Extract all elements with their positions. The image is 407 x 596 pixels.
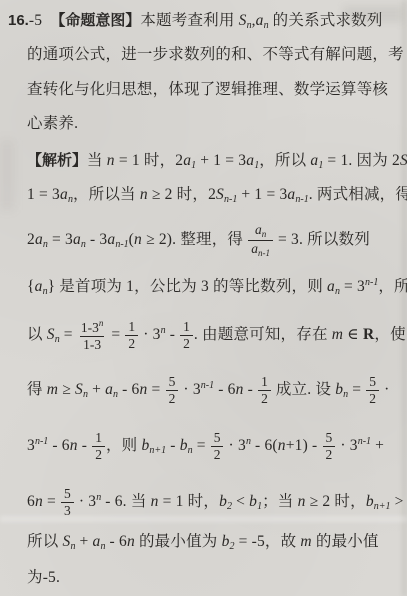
math-variable: S	[47, 326, 55, 343]
math-variable: a	[105, 381, 113, 398]
superscript: n-1	[358, 436, 371, 447]
solution-line-10: 得 m ≥ Sn + an - 6n = 52 · 3n-1 - 6n - 12…	[27, 368, 389, 413]
fraction: 52	[166, 374, 179, 407]
text-run: 5	[214, 430, 221, 445]
text-run: ，所以	[259, 152, 310, 169]
text-run: 2	[128, 336, 135, 351]
text-run: +	[88, 381, 105, 398]
bold-label: 【命题意图】	[50, 12, 140, 29]
text-run: + 1 = 3	[196, 152, 246, 169]
text-run: 心素养.	[27, 115, 78, 132]
math-variable: b	[249, 493, 257, 510]
bold-label: 16.	[8, 12, 29, 29]
fraction-denominator: 2	[258, 390, 271, 407]
math-variable: b	[219, 493, 227, 510]
math-variable: b	[222, 533, 230, 550]
math-variable: m	[300, 533, 311, 550]
text-run: 的最小值为	[135, 533, 222, 550]
subscript: n-1	[295, 194, 308, 205]
solution-line-14: 为-5.	[27, 566, 60, 590]
text-run: 所以	[27, 533, 62, 550]
text-run: =	[193, 437, 210, 454]
text-run: - 6	[214, 381, 235, 398]
fraction: 52	[366, 374, 379, 407]
text-run: 1	[183, 319, 190, 334]
math-variable: b	[180, 437, 188, 454]
text-run: 1	[128, 319, 135, 334]
text-run: ≥ 2). 整理，得	[142, 231, 247, 248]
text-run: 得	[27, 381, 47, 398]
text-run: + 1 = 3	[237, 186, 287, 203]
math-variable: m	[47, 381, 58, 398]
text-run: ；当	[262, 493, 297, 510]
text-run: 的最小值	[312, 533, 379, 550]
text-run: 当	[87, 152, 107, 169]
superscript: n	[99, 318, 104, 328]
text-run: 5	[369, 374, 376, 389]
text-run: = 3	[340, 278, 365, 295]
text-run: - 6	[118, 381, 139, 398]
solution-line-1: 16.-5 【命题意图】本题考查利用 Sn,an 的关系式求数列	[8, 9, 383, 38]
scanned-solution-page: 16.-5 【命题意图】本题考查利用 Sn,an 的关系式求数列的通项公式，进一…	[0, 0, 407, 596]
text-run: -5	[29, 12, 50, 29]
fraction-numerator: 1	[125, 319, 138, 335]
text-run: 2	[326, 447, 333, 462]
text-run: - 6. 当	[101, 493, 150, 510]
text-run: = 3	[48, 231, 73, 248]
text-run: -	[166, 437, 180, 454]
text-run: - 3	[86, 231, 107, 248]
fraction-denominator: 1-3	[80, 336, 104, 353]
text-run: -	[78, 437, 92, 454]
math-variable: a	[35, 231, 43, 248]
solution-line-9: 以 Sn = 1-3n1-3 = 12 · 3n - 12. 由题意可知，存在 …	[27, 313, 406, 358]
fraction-denominator: 2	[323, 446, 336, 463]
subscript: n+1	[374, 501, 391, 512]
text-run: = 3. 所以数列	[274, 231, 370, 248]
math-variable: S	[239, 12, 247, 29]
text-run: · 3	[224, 437, 245, 454]
text-run: · 3	[75, 493, 96, 510]
math-variable: a	[251, 241, 258, 256]
text-run: · 3	[336, 437, 357, 454]
solution-line-13: 所以 Sn + an - 6n 的最小值为 b2 = -5，故 m 的最小值	[27, 530, 379, 559]
solution-line-11: 3n-1 - 6n - 12，则 bn+1 - bn = 52 · 3n - 6…	[27, 424, 384, 469]
text-run: 2	[27, 231, 35, 248]
fraction-denominator: 3	[61, 502, 74, 519]
math-variable: S	[216, 186, 224, 203]
math-variable: a	[327, 278, 335, 295]
math-variable: n	[236, 381, 244, 398]
text-run: =	[348, 381, 365, 398]
superscript: n-1	[201, 380, 214, 391]
text-run: 3	[27, 437, 35, 454]
fraction-numerator: 1	[180, 319, 193, 335]
fraction-denominator: 2	[180, 335, 193, 352]
fraction-numerator: 1	[92, 430, 105, 446]
math-variable: a	[256, 12, 264, 29]
text-run: 2	[169, 391, 176, 406]
solution-line-7: 2an = 3an - 3an-1(n ≥ 2). 整理，得 anan-1 = …	[27, 222, 370, 263]
math-variable: n	[140, 186, 148, 203]
fraction: 53	[61, 486, 74, 519]
fraction-numerator: an	[252, 222, 269, 240]
solution-line-12: 6n = 53 · 3n - 6. 当 n = 1 时，b2 < b1；当 n …	[27, 480, 407, 525]
math-variable: a	[60, 186, 68, 203]
solution-line-4: 心素养.	[27, 112, 78, 136]
solution-line-8: {an} 是首项为 1，公比为 3 的等比数列，则 an = 3n-1，所	[27, 271, 407, 304]
math-variable: b	[335, 381, 343, 398]
text-run: ，所以当	[73, 186, 140, 203]
text-run: 1	[95, 430, 102, 445]
text-run: ，则	[106, 437, 141, 454]
fraction-numerator: 1	[258, 374, 271, 390]
fraction-denominator: 2	[125, 335, 138, 352]
math-variable: n	[127, 533, 135, 550]
text-run: ≥ 2 时，	[306, 493, 366, 510]
text-run: +	[75, 533, 92, 550]
text-run: = 1 时，2	[115, 152, 183, 169]
text-run: · 3	[139, 326, 160, 343]
text-run: - 6	[48, 437, 69, 454]
math-variable: n	[298, 493, 306, 510]
superscript: n-1	[35, 436, 48, 447]
fraction: anan-1	[248, 222, 273, 259]
math-variable: a	[183, 152, 191, 169]
fraction: 12	[258, 374, 271, 407]
solution-line-2: 的通项公式，进一步求数列的和、不等式有解问题，考	[27, 43, 404, 67]
fraction: 52	[323, 430, 336, 463]
fraction-denominator: 2	[211, 446, 224, 463]
text-run: ，所	[378, 278, 407, 295]
text-run: 2	[369, 391, 376, 406]
text-run: -	[166, 326, 180, 343]
fraction-denominator: 2	[366, 390, 379, 407]
fraction-numerator: 5	[211, 430, 224, 446]
text-run: >	[391, 493, 407, 510]
text-run: 本题考查利用	[140, 12, 238, 29]
text-run: 5	[64, 486, 71, 501]
bold-math-set: R	[363, 326, 374, 343]
text-run: =	[147, 381, 164, 398]
fraction: 52	[211, 430, 224, 463]
text-run: 为-5.	[27, 569, 60, 586]
text-run: -	[244, 381, 258, 398]
subscript: n-1	[115, 239, 128, 250]
fraction-numerator: 1-3n	[78, 318, 107, 336]
text-run: 成立. 设	[272, 381, 335, 398]
text-run: 1-3	[81, 320, 99, 335]
fraction-numerator: 5	[366, 374, 379, 390]
fraction-denominator: 2	[166, 390, 179, 407]
math-variable: a	[255, 222, 262, 237]
math-variable: n	[70, 437, 78, 454]
math-variable: S	[75, 381, 83, 398]
fraction: 12	[125, 319, 138, 352]
text-run: 3	[64, 503, 71, 518]
math-variable: n	[151, 493, 159, 510]
text-run: ≥	[58, 381, 75, 398]
math-variable: n	[107, 152, 115, 169]
text-run: {	[27, 278, 35, 295]
solution-line-5: 【解析】当 n = 1 时，2a1 + 1 = 3a1，所以 a1 = 1. 因…	[27, 149, 407, 178]
fraction-numerator: 5	[323, 430, 336, 446]
text-run: } 是首项为 1，公比为 3 的等比数列，则	[48, 278, 327, 295]
text-run: . 两式相减，得	[309, 186, 407, 203]
scan-artifact-left	[0, 140, 14, 210]
text-run: 6	[27, 493, 35, 510]
fraction-denominator: an-1	[248, 240, 273, 259]
math-variable: b	[366, 493, 374, 510]
bold-label: 【解析】	[27, 152, 87, 169]
solution-line-3: 查转化与化归思想，体现了逻辑推理、数学运算等核	[27, 78, 388, 102]
text-run: =	[60, 326, 77, 343]
text-run: = 1 时，	[159, 493, 220, 510]
text-run: = -5，故	[235, 533, 301, 550]
text-run: 2	[183, 336, 190, 351]
math-variable: a	[73, 231, 81, 248]
text-run: 1	[261, 374, 268, 389]
math-variable: m	[332, 326, 343, 343]
text-run: =	[43, 493, 60, 510]
fraction: 1-3n1-3	[78, 318, 107, 353]
text-run: 5	[326, 430, 333, 445]
text-run: =	[107, 326, 124, 343]
text-run: 2	[261, 391, 268, 406]
text-run: ·	[380, 381, 389, 398]
subscript: n-1	[224, 194, 237, 205]
solution-line-6: 1 = 3an，所以当 n ≥ 2 时，2Sn-1 + 1 = 3an-1. 两…	[27, 183, 407, 212]
math-variable: n	[278, 437, 286, 454]
text-run: ≥ 2 时，2	[148, 186, 216, 203]
math-variable: a	[35, 278, 43, 295]
text-run: 1-3	[83, 337, 101, 352]
text-run: 2	[214, 447, 221, 462]
text-run: +1) -	[286, 437, 322, 454]
fraction-denominator: 2	[92, 446, 105, 463]
text-run: <	[232, 493, 249, 510]
fraction-numerator: 5	[61, 486, 74, 502]
text-run: 查转化与化归思想，体现了逻辑推理、数学运算等核	[27, 81, 388, 98]
text-run: +	[371, 437, 384, 454]
subscript: n	[262, 229, 267, 239]
text-run: 以	[27, 326, 47, 343]
text-run: 1 = 3	[27, 186, 60, 203]
fraction: 12	[92, 430, 105, 463]
math-variable: S	[400, 152, 407, 169]
text-run: 的关系式求数列	[269, 12, 383, 29]
text-run: 2	[95, 447, 102, 462]
superscript: n-1	[365, 277, 378, 288]
subscript: n+1	[149, 445, 166, 456]
text-run: 5	[169, 374, 176, 389]
text-run: - 6	[105, 533, 126, 550]
math-variable: n	[35, 493, 43, 510]
math-variable: n	[134, 231, 142, 248]
subscript: n-1	[258, 248, 270, 258]
text-run: 的通项公式，进一步求数列的和、不等式有解问题，考	[27, 46, 404, 63]
text-run: · 3	[179, 381, 200, 398]
text-run: . 由题意可知，存在	[194, 326, 332, 343]
text-run: ，使	[374, 326, 405, 343]
fraction-numerator: 5	[166, 374, 179, 390]
text-run: = 1. 因为 2	[323, 152, 400, 169]
text-run: ∈	[343, 326, 363, 343]
fraction: 12	[180, 319, 193, 352]
text-run: - 6(	[251, 437, 278, 454]
